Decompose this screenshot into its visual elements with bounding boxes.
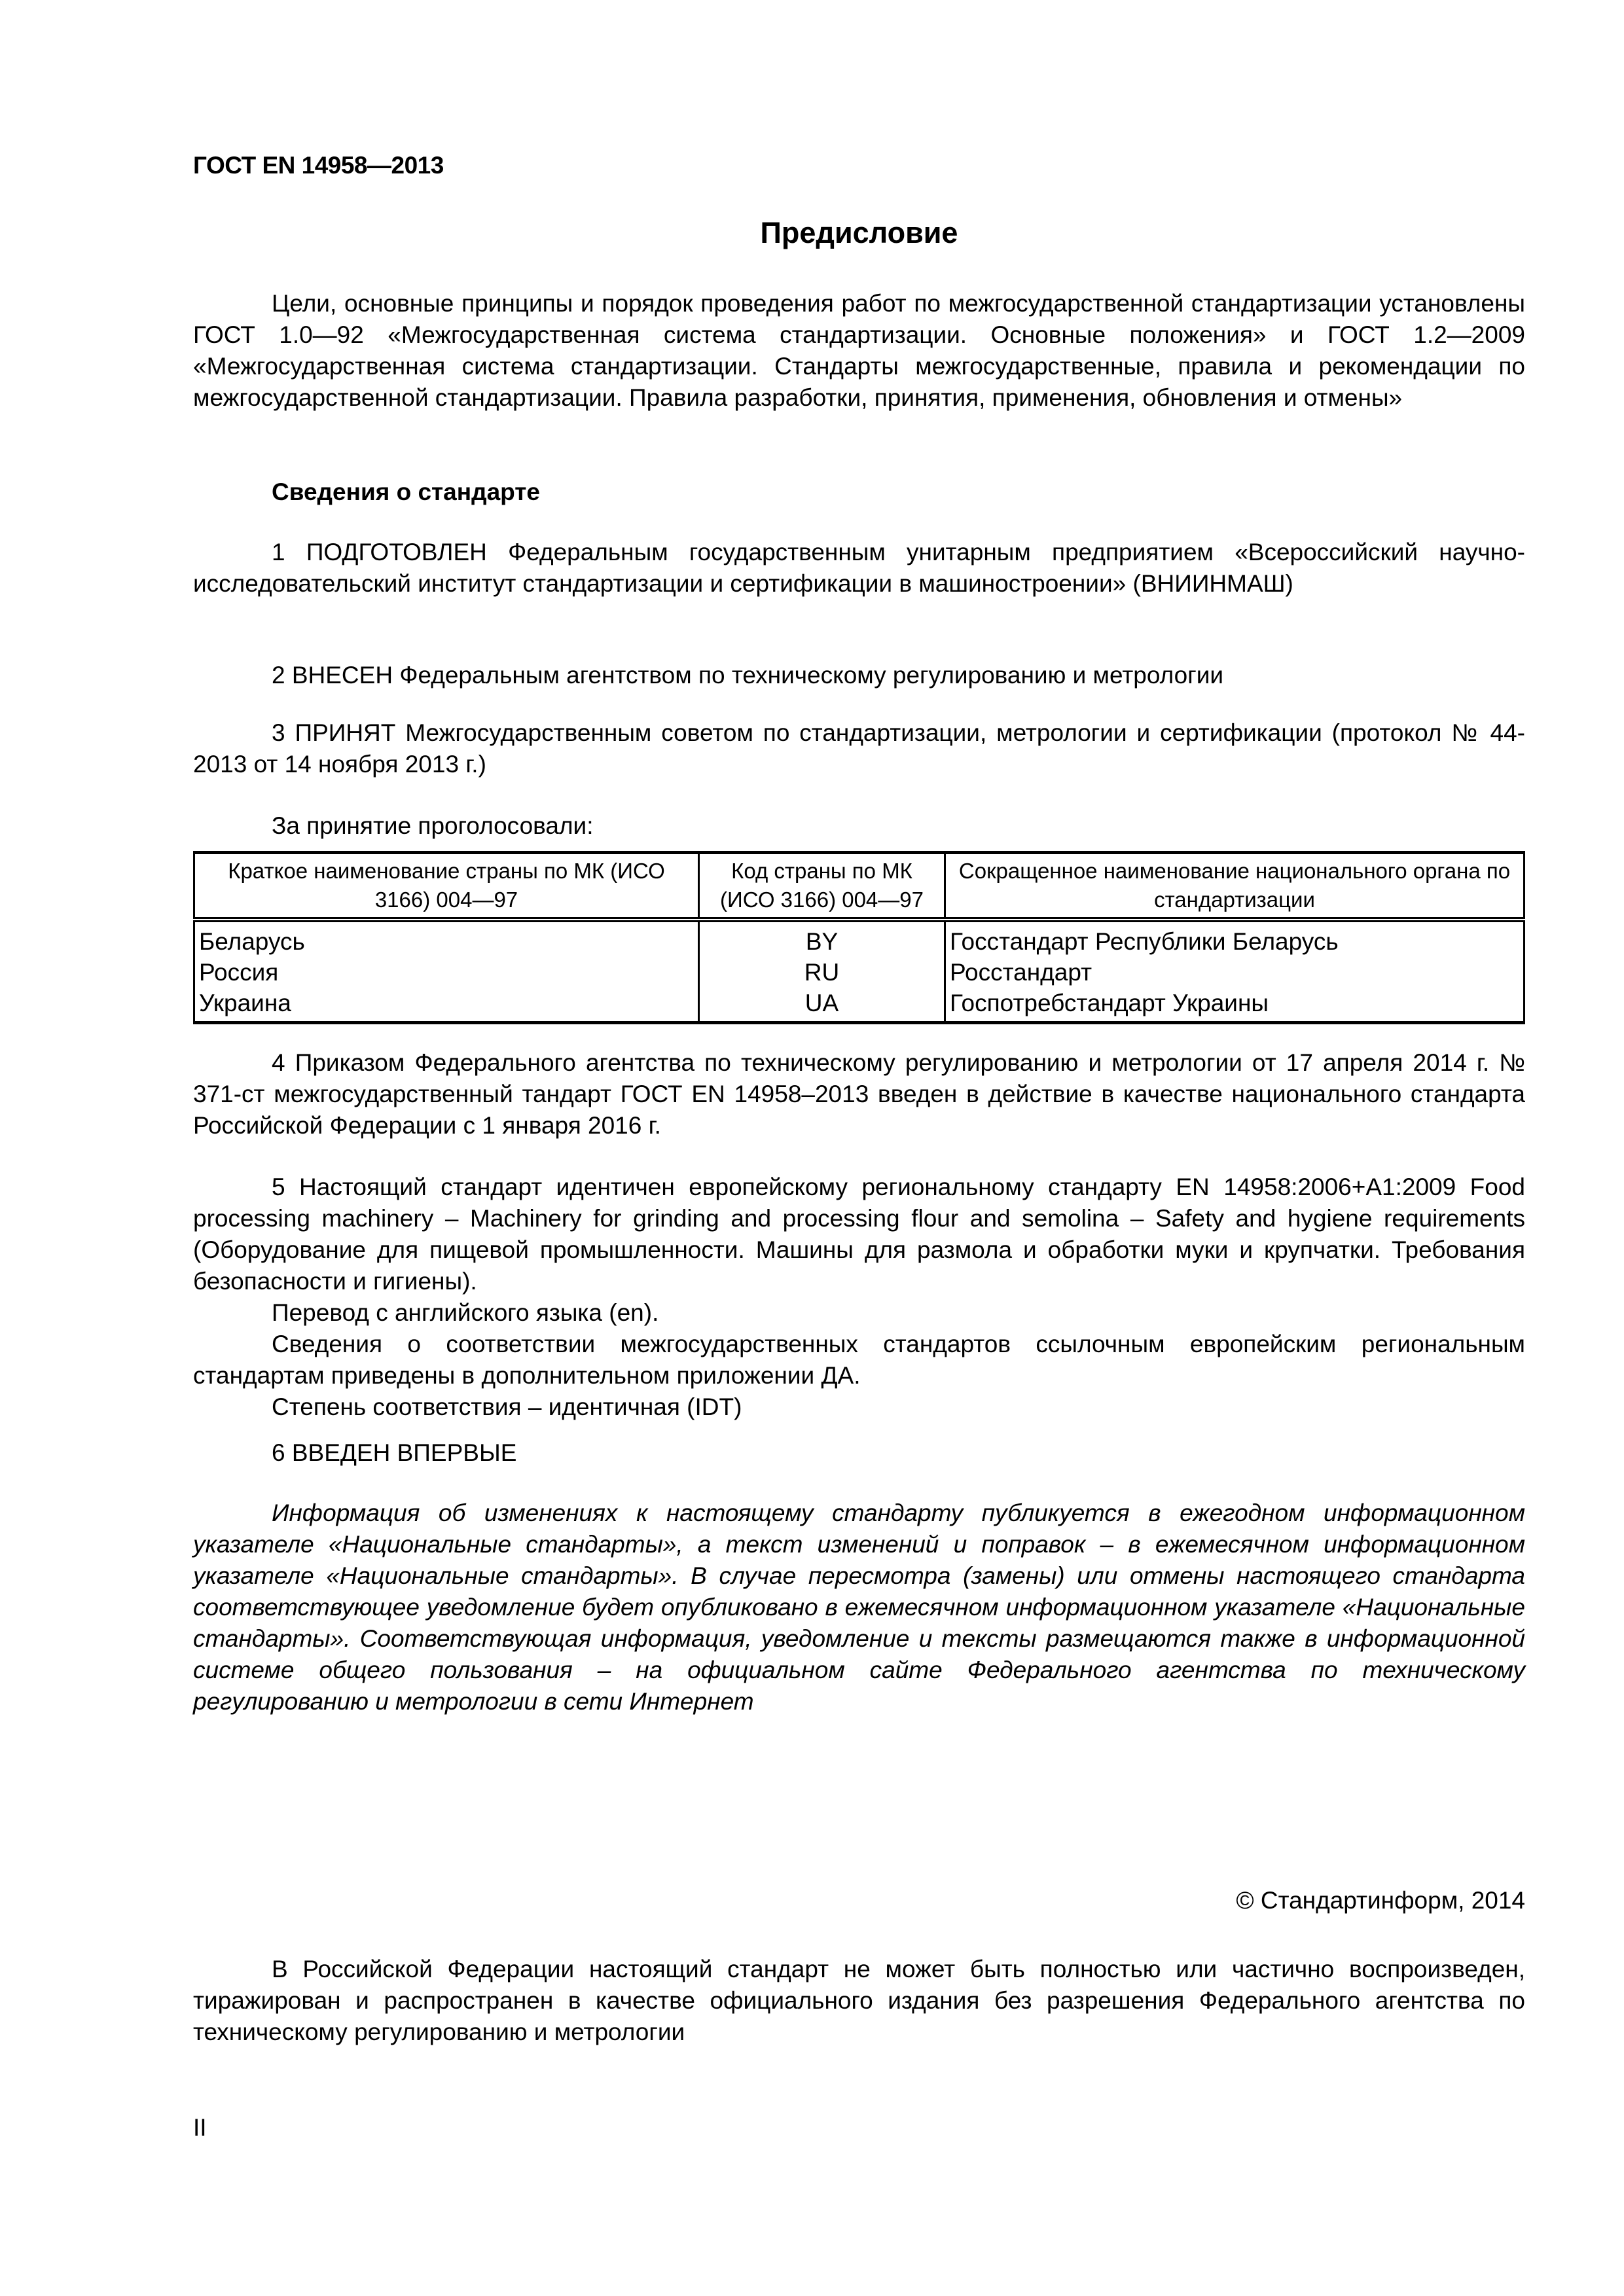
info-heading: Сведения о стандарте [193, 476, 1525, 508]
item-1-prepared: 1 ПОДГОТОВЛЕН Федеральным государственны… [193, 537, 1525, 600]
table-row: Беларусь BY Госстандарт Республики Белар… [194, 920, 1525, 957]
table-row: Украина UA Госпотребстандарт Украины [194, 988, 1525, 1023]
table-row: Россия RU Росстандарт [194, 957, 1525, 988]
page-title: Предисловие [193, 216, 1525, 250]
item-6-first-introduced: 6 ВВЕДЕН ВПЕРВЫЕ [193, 1437, 1525, 1469]
country-name: Россия [194, 957, 699, 988]
amendments-notice: Информация об изменениях к настоящему ст… [193, 1498, 1525, 1717]
item-5-block: 5 Настоящий стандарт идентичен европейск… [193, 1172, 1525, 1423]
national-body: Росстандарт [945, 957, 1525, 988]
item-2-submitted: 2 ВНЕСЕН Федеральным агентством по техни… [193, 660, 1525, 691]
vote-caption: За принятие проголосовали: [193, 810, 1525, 842]
item-5-translation: Перевод с английского языка (en). [193, 1297, 1525, 1329]
item-3-adopted: 3 ПРИНЯТ Межгосударственным советом по с… [193, 717, 1525, 780]
country-code: RU [699, 957, 945, 988]
intro-paragraph: Цели, основные принципы и порядок провед… [193, 288, 1525, 414]
item-5-degree: Степень соответствия – идентичная (IDT) [193, 1391, 1525, 1423]
country-name: Украина [194, 988, 699, 1023]
national-body: Госстандарт Республики Беларусь [945, 920, 1525, 957]
header-national-body: Сокращенное наименование национального о… [945, 853, 1525, 920]
item-4-order: 4 Приказом Федерального агентства по тех… [193, 1047, 1525, 1141]
item-5-identity: 5 Настоящий стандарт идентичен европейск… [193, 1172, 1525, 1297]
header-country-name: Краткое наименование страны по МК (ИСО 3… [194, 853, 699, 920]
document-code: ГОСТ EN 14958—2013 [193, 152, 444, 179]
country-code: BY [699, 920, 945, 957]
legal-notice: В Российской Федерации настоящий стандар… [193, 1954, 1525, 2048]
national-body: Госпотребстандарт Украины [945, 988, 1525, 1023]
country-name: Беларусь [194, 920, 699, 957]
item-5-references: Сведения о соответствии межгосударственн… [193, 1329, 1525, 1391]
table-header-row: Краткое наименование страны по МК (ИСО 3… [194, 853, 1525, 920]
header-country-code: Код страны по МК (ИСО 3166) 004—97 [699, 853, 945, 920]
country-code: UA [699, 988, 945, 1023]
vote-table: Краткое наименование страны по МК (ИСО 3… [193, 851, 1525, 1024]
page-number: II [193, 2114, 207, 2142]
copyright: © Стандартинформ, 2014 [193, 1885, 1525, 1916]
